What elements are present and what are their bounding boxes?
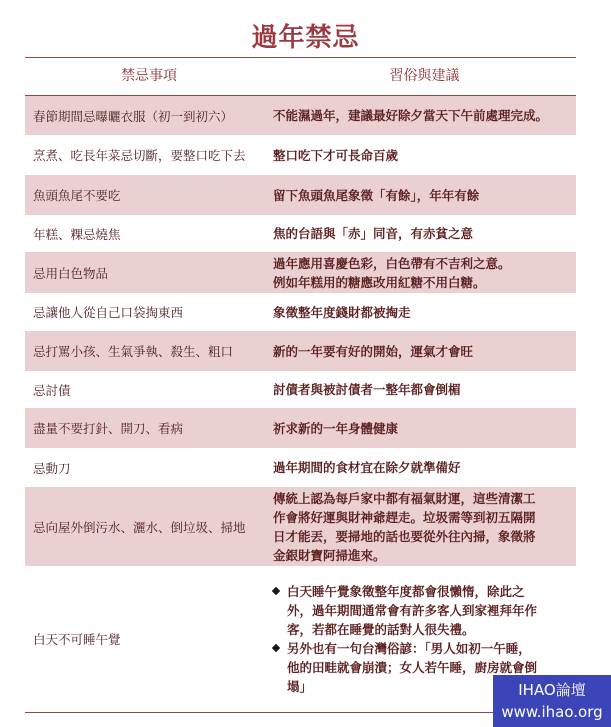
taboo-cell: 春節期間忌曝曬衣服（初一到初六）: [33, 96, 268, 135]
advice-text: 金銀財寶阿掃進來。: [273, 546, 573, 565]
table-row: 盡量不要打針、開刀、看病 祈求新的一年身體健康: [25, 408, 576, 448]
taboo-cell: 忌用白色物品: [33, 252, 268, 293]
table-row: 忌打罵小孩、生氣爭執、殺生、粗口 新的一年要有好的開始，運氣才會旺: [25, 331, 576, 371]
table-row: 烹煮、吃長年菜忌切斷，要整口吃下去 整口吃下才可長命百歲: [25, 135, 576, 175]
taboo-cell: 年糕、粿忌燒焦: [33, 215, 268, 252]
bullet-text: 另外也有一句台灣俗諺：「男人如初一午睡，: [287, 639, 573, 658]
watermark-badge: IHAO論壇 www.ihao.org: [493, 675, 611, 727]
table-row: 忌動刀 過年期間的食材宜在除夕就準備好: [25, 448, 576, 487]
advice-cell: 過年期間的食材宜在除夕就準備好: [273, 448, 573, 487]
bullet-text: 客，若都在睡覺的話對人很失禮。: [287, 620, 573, 639]
advice-text: 例如年糕用的糖應改用紅糖不用白糖。: [273, 273, 573, 292]
advice-text: 新的一年要有好的開始，運氣才會旺: [273, 342, 573, 361]
table-row: 忌用白色物品 過年應用喜慶色彩，白色帶有不吉利之意。 例如年糕用的糖應改用紅糖不…: [25, 252, 576, 293]
advice-text: 作會將好運與財神爺趕走。垃圾需等到初五隔開: [273, 508, 573, 527]
table-header: 禁忌事項 習俗與建議: [25, 57, 576, 95]
advice-text: 焦的台語與「赤」同音，有赤貧之意: [273, 224, 573, 243]
advice-text: 過年應用喜慶色彩，白色帶有不吉利之意。: [273, 254, 573, 273]
bullet-item: 白天睡午覺象徵整年度都會很懶惰，除此之 外，過年期間通常會有許多客人到家裡拜年作…: [273, 582, 573, 639]
advice-cell: 新的一年要有好的開始，運氣才會旺: [273, 331, 573, 371]
advice-text: 過年期間的食材宜在除夕就準備好: [273, 458, 573, 477]
advice-text: 討債者與被討債者一整年都會倒楣: [273, 380, 573, 399]
watermark-site-name: IHAO論壇: [493, 679, 611, 701]
taboo-cell: 魚頭魚尾不要吃: [33, 175, 268, 215]
taboo-cell: 忌動刀: [33, 448, 268, 487]
diamond-bullet-icon: [272, 644, 280, 652]
table-row: 年糕、粿忌燒焦 焦的台語與「赤」同音，有赤貧之意: [25, 215, 576, 252]
taboo-cell: 忌向屋外倒污水、灑水、倒垃圾、掃地: [33, 487, 268, 566]
advice-cell: 祈求新的一年身體健康: [273, 408, 573, 448]
taboo-cell: 忌討債: [33, 371, 268, 408]
advice-cell: 焦的台語與「赤」同音，有赤貧之意: [273, 215, 573, 252]
advice-text: 祈求新的一年身體健康: [273, 419, 573, 438]
advice-text: 日才能丟，要掃地的話也要從外往內掃，象徵將: [273, 527, 573, 546]
page-title: 過年禁忌: [0, 22, 611, 54]
taboo-cell: 忌打罵小孩、生氣爭執、殺生、粗口: [33, 331, 268, 371]
advice-cell: 討債者與被討債者一整年都會倒楣: [273, 371, 573, 408]
advice-text: 傳統上認為每戶家中都有福氣財運，這些清潔工: [273, 489, 573, 508]
advice-text: 留下魚頭魚尾象徵「有餘」，年年有餘: [273, 186, 573, 205]
table-row: 忌向屋外倒污水、灑水、倒垃圾、掃地 傳統上認為每戶家中都有福氣財運，這些清潔工 …: [25, 487, 576, 566]
table-row: 忌討債 討債者與被討債者一整年都會倒楣: [25, 371, 576, 408]
table-row: 忌讓他人從自己口袋掏東西 象徵整年度錢財都被掏走: [25, 293, 576, 331]
advice-cell: 傳統上認為每戶家中都有福氣財運，這些清潔工 作會將好運與財神爺趕走。垃圾需等到初…: [273, 487, 573, 566]
advice-cell: 象徵整年度錢財都被掏走: [273, 293, 573, 331]
column-header-taboo: 禁忌事項: [25, 57, 273, 95]
advice-cell: 過年應用喜慶色彩，白色帶有不吉利之意。 例如年糕用的糖應改用紅糖不用白糖。: [273, 252, 573, 293]
table-row: 春節期間忌曝曬衣服（初一到初六） 不能濕過年，建議最好除夕當天下午前處理完成。: [25, 96, 576, 135]
diamond-bullet-icon: [272, 587, 280, 595]
taboo-cell: 白天不可睡午覺: [33, 566, 268, 712]
bullet-text: 外，過年期間通常會有許多客人到家裡拜年作: [287, 601, 573, 620]
advice-cell: 不能濕過年，建議最好除夕當天下午前處理完成。: [273, 96, 573, 135]
advice-text: 象徵整年度錢財都被掏走: [273, 303, 573, 322]
bullet-text: 白天睡午覺象徵整年度都會很懶惰，除此之: [287, 582, 573, 601]
advice-text: 整口吃下才可長命百歲: [273, 146, 573, 165]
advice-cell: 留下魚頭魚尾象徵「有餘」，年年有餘: [273, 175, 573, 215]
watermark-url: www.ihao.org: [493, 701, 611, 723]
advice-cell: 整口吃下才可長命百歲: [273, 135, 573, 175]
column-header-advice: 習俗與建議: [273, 57, 576, 95]
taboo-cell: 盡量不要打針、開刀、看病: [33, 408, 268, 448]
taboo-cell: 忌讓他人從自己口袋掏東西: [33, 293, 268, 331]
advice-text: 不能濕過年，建議最好除夕當天下午前處理完成。: [273, 106, 573, 125]
taboo-cell: 烹煮、吃長年菜忌切斷，要整口吃下去: [33, 135, 268, 175]
table-row: 魚頭魚尾不要吃 留下魚頭魚尾象徵「有餘」，年年有餘: [25, 175, 576, 215]
